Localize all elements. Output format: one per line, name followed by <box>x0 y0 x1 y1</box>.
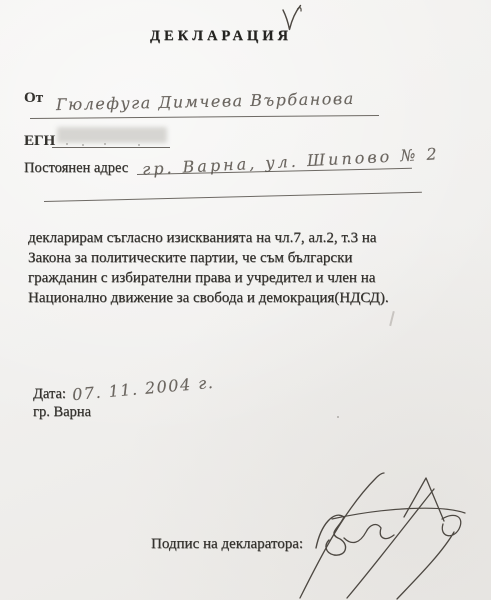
scan-speck <box>337 416 339 418</box>
address-label: Постоянен адрес <box>24 160 128 177</box>
signature-label: Подпис на декларатора: <box>151 536 303 553</box>
from-underline <box>30 115 379 119</box>
from-handwritten-value: Гюлефуга Димчева Върбанова <box>56 89 355 114</box>
body-line: Закона за политическите партии, че съм б… <box>28 248 400 268</box>
page-title: ДЕКЛАРАЦИЯ <box>150 28 292 45</box>
date-label: Дата: <box>33 386 66 403</box>
address-underline-2 <box>44 192 422 202</box>
egn-label: ЕГН <box>24 133 55 150</box>
egn-dot <box>104 143 106 145</box>
body-line: декларирам съгласно изискванията на чл.7… <box>28 228 400 248</box>
egn-dot <box>82 144 84 146</box>
egn-redacted-value <box>57 127 167 143</box>
date-handwritten-value: 07. 11. 2004 г. <box>71 373 215 404</box>
egn-dot <box>66 143 68 145</box>
scanned-declaration-page: ДЕКЛАРАЦИЯ От Гюлефуга Димчева Върбанова… <box>0 0 491 600</box>
body-line: Национално движение за свобода и демокра… <box>28 288 400 308</box>
checkmark-icon <box>280 3 304 32</box>
body-line: гражданин с избирателни права и учредите… <box>28 268 400 288</box>
egn-underline <box>52 147 170 148</box>
from-label: От <box>24 90 43 107</box>
city-text: гр. Варна <box>33 404 91 421</box>
scan-speck <box>389 311 394 326</box>
declaration-body: декларирам съгласно изискванията на чл.7… <box>28 228 400 308</box>
signature-icon <box>292 458 482 600</box>
egn-dot <box>138 144 140 146</box>
